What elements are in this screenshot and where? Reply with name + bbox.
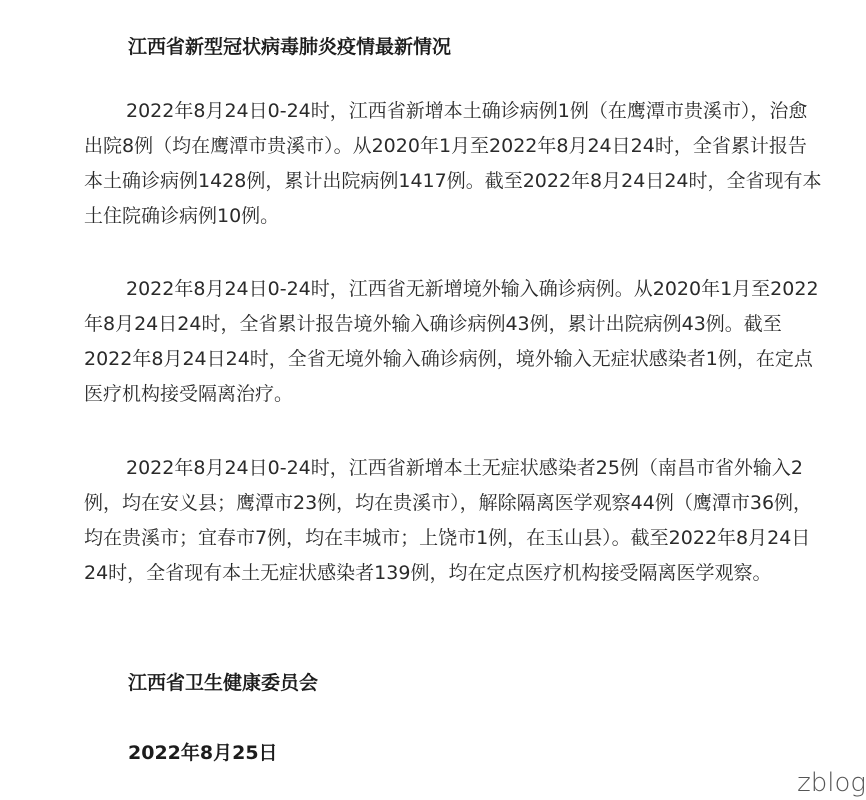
signature-organization: 江西省卫生健康委员会 (128, 668, 318, 695)
signature-date: 2022年8月25日 (128, 738, 278, 765)
document-title: 江西省新型冠状病毒肺炎疫情最新情况 (128, 32, 451, 59)
watermark: zblog (797, 768, 866, 798)
paragraph-imported-cases: 2022年8月24日0-24时，江西省无新增境外输入确诊病例。从2020年1月至… (84, 272, 824, 412)
paragraph-asymptomatic: 2022年8月24日0-24时，江西省新增本土无症状感染者25例（南昌市省外输入… (84, 451, 824, 591)
paragraph-local-confirmed: 2022年8月24日0-24时，江西省新增本土确诊病例1例（在鹰潭市贵溪市），治… (84, 94, 824, 234)
